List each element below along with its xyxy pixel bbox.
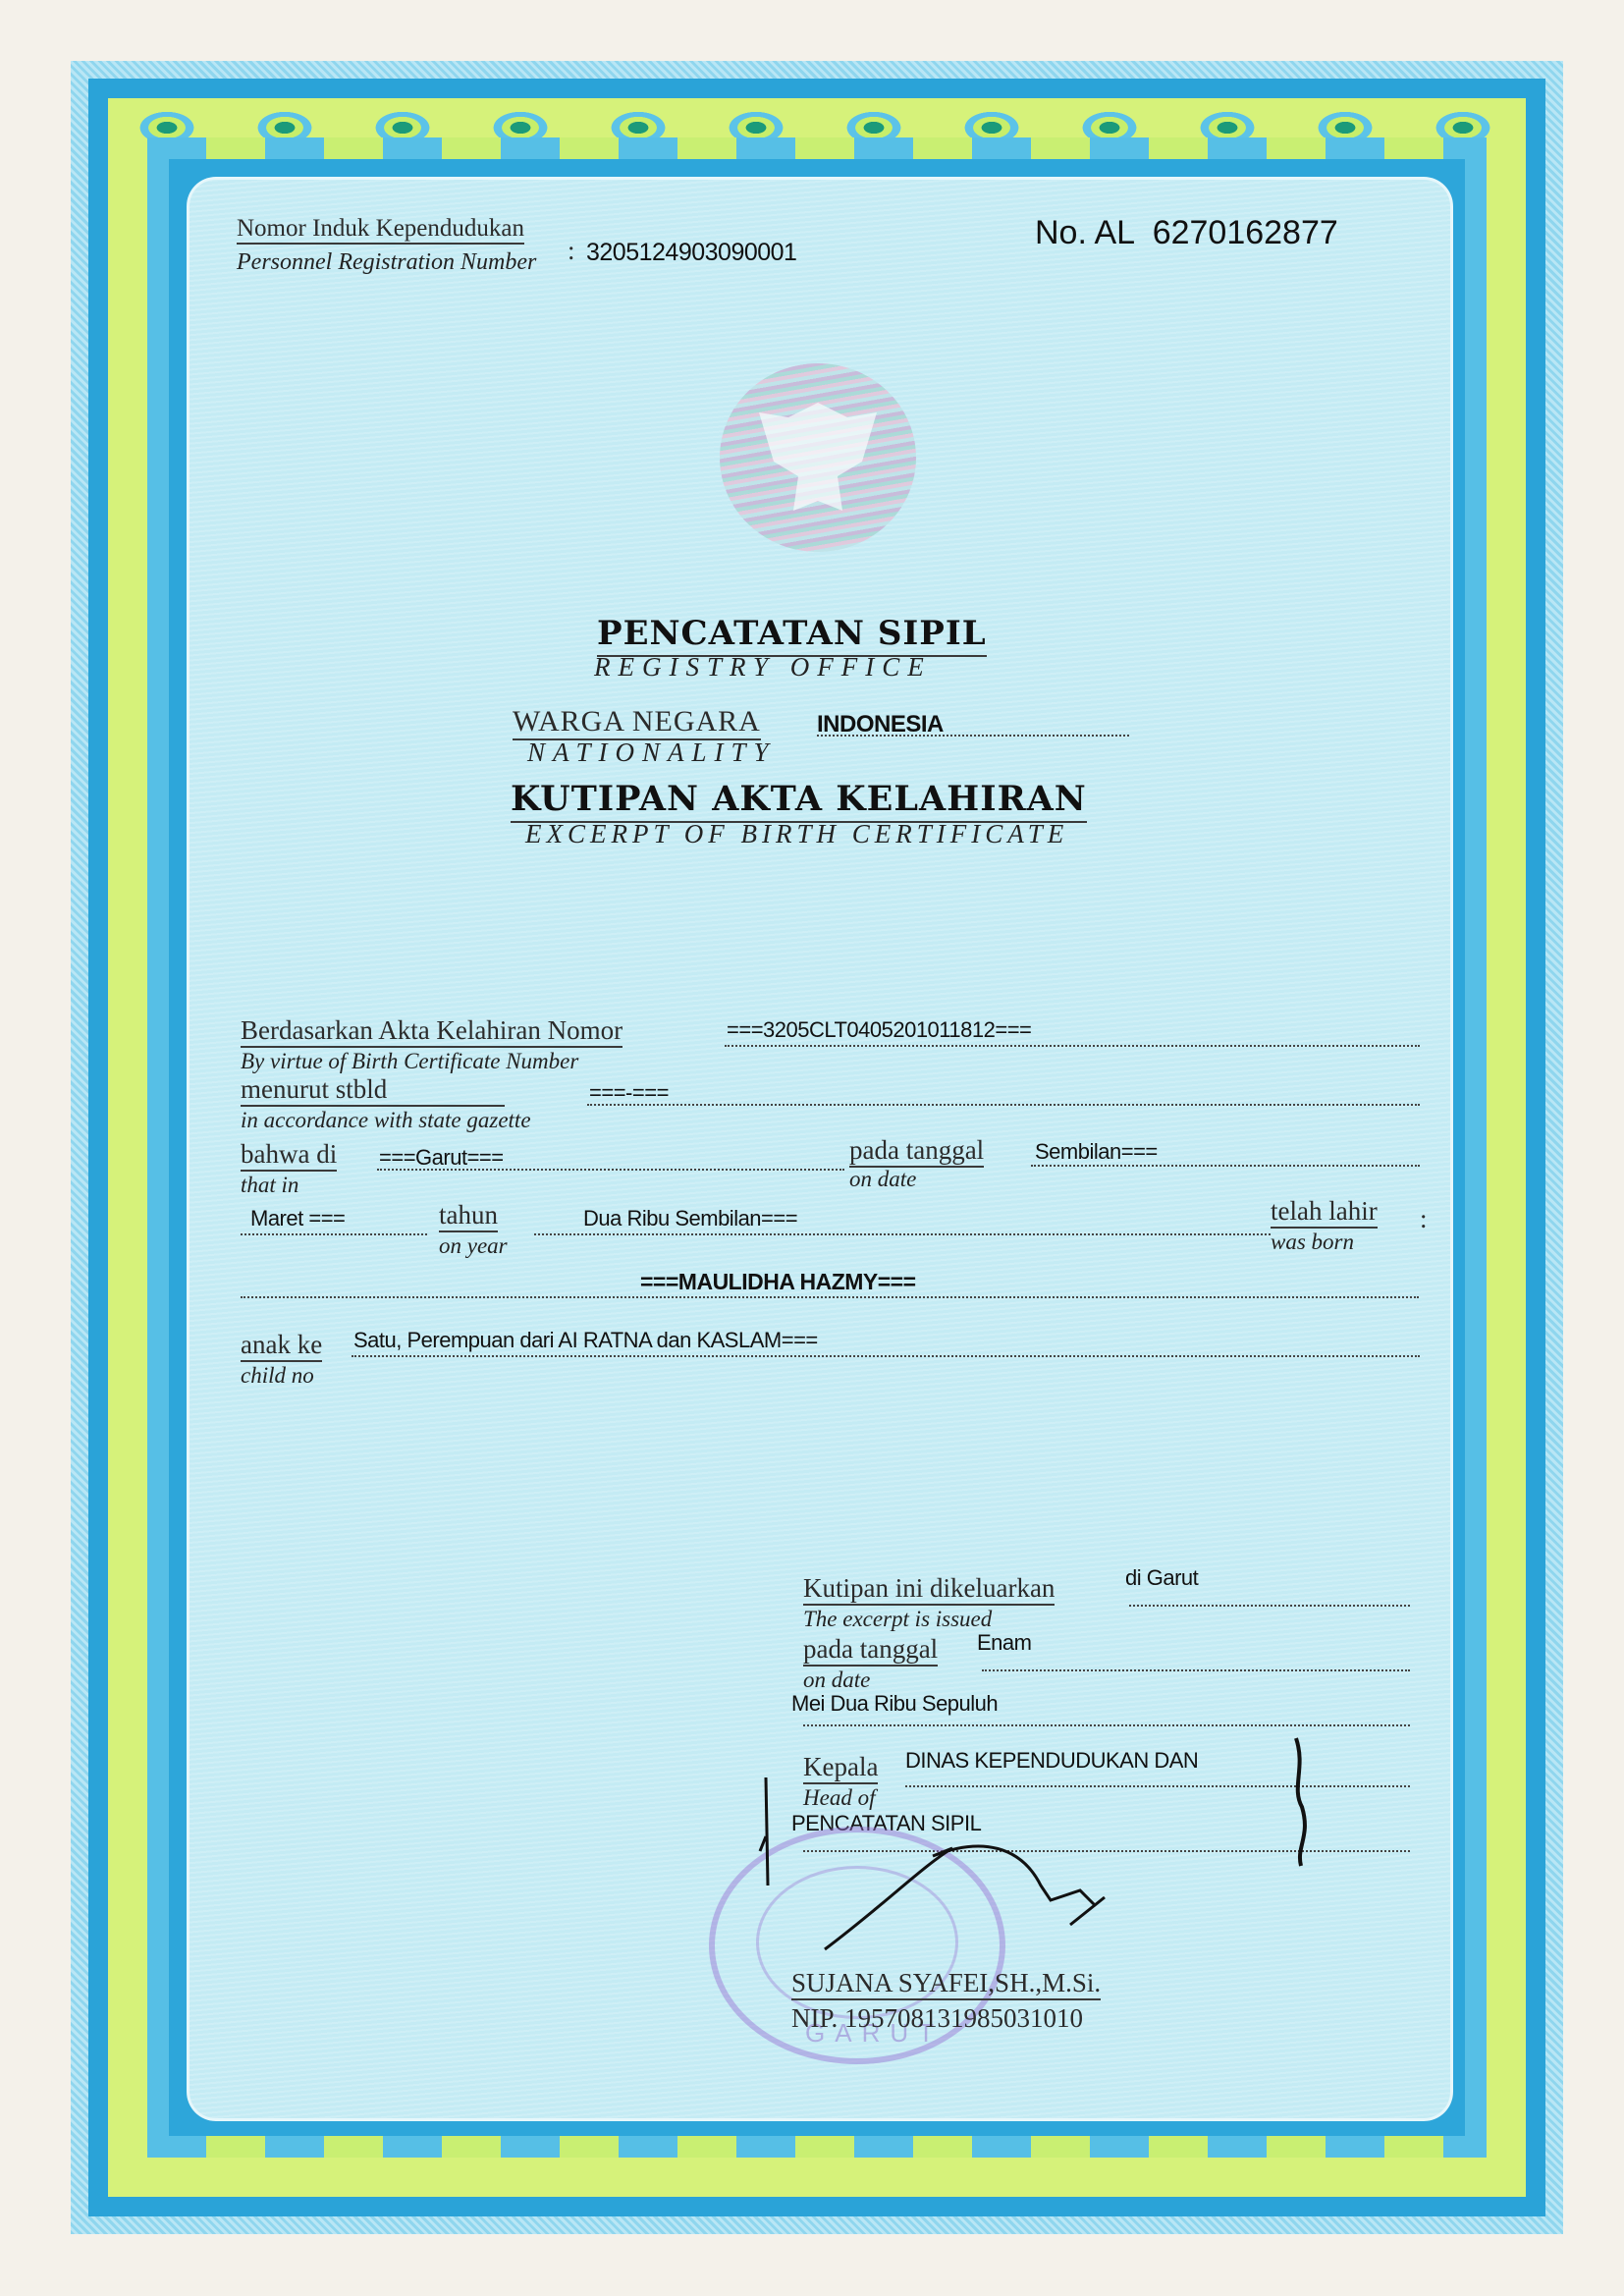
place-label-en: that in xyxy=(241,1173,298,1198)
office-title-en: REGISTRY OFFICE xyxy=(594,652,932,683)
nationality-dotted-line xyxy=(817,735,1129,737)
birth-cert-label-en: By virtue of Birth Certificate Number xyxy=(241,1049,578,1074)
born-colon: : xyxy=(1420,1204,1428,1234)
date-label: pada tanggal xyxy=(849,1135,984,1168)
issued-place-dotted-line xyxy=(1129,1605,1410,1607)
issued-label-en: The excerpt is issued xyxy=(803,1607,992,1632)
garuda-emblem-icon xyxy=(720,363,916,552)
issued-label: Kutipan ini dikeluarkan xyxy=(803,1573,1055,1606)
year-label-en: on year xyxy=(439,1233,508,1259)
issued-date-label-en: on date xyxy=(803,1667,870,1693)
date-dotted-line xyxy=(1031,1165,1420,1167)
issued-date-label: pada tanggal xyxy=(803,1634,938,1667)
child-name: ===MAULIDHA HAZMY=== xyxy=(640,1269,916,1295)
issued-date-cont-dotted-line xyxy=(803,1724,1410,1726)
child-name-dotted-line xyxy=(241,1296,1419,1298)
nik-colon: : xyxy=(568,236,575,266)
year-dotted-line xyxy=(534,1233,1271,1235)
birth-cert-value: ===3205CLT0405201011812=== xyxy=(727,1017,1031,1043)
place-dotted-line xyxy=(377,1169,844,1171)
stbld-label-en: in accordance with state gazette xyxy=(241,1108,531,1133)
stbld-value: ===-=== xyxy=(589,1080,669,1106)
stbld-label: menurut stbld xyxy=(241,1074,505,1107)
nik-value: 3205124903090001 xyxy=(586,239,796,267)
born-label: telah lahir xyxy=(1271,1196,1378,1229)
child-no-label: anak ke xyxy=(241,1330,322,1362)
month-dotted-line xyxy=(241,1233,427,1235)
nik-label: Nomor Induk Kependudukan xyxy=(237,215,524,245)
nationality-label: WARGA NEGARA xyxy=(513,705,761,740)
place-label: bahwa di xyxy=(241,1139,337,1172)
document-title-en: EXCERPT OF BIRTH CERTIFICATE xyxy=(525,819,1068,849)
official-nip: NIP. 195708131985031010 xyxy=(791,2003,1083,2034)
issued-date-dotted-line xyxy=(982,1669,1410,1671)
document-title: KUTIPAN AKTA KELAHIRAN xyxy=(511,779,1087,823)
child-no-value: Satu, Perempuan dari AI RATNA dan KASLAM… xyxy=(353,1328,818,1353)
issued-date-value: Enam xyxy=(977,1630,1031,1656)
child-no-label-en: child no xyxy=(241,1363,314,1389)
signature-mark xyxy=(746,1728,1434,2003)
child-no-dotted-line xyxy=(352,1355,1420,1357)
place-value: ===Garut=== xyxy=(379,1145,504,1171)
date-value: Sembilan=== xyxy=(1035,1139,1158,1165)
serial-number: No. AL 6270162877 xyxy=(1035,214,1338,252)
office-title: PENCATATAN SIPIL xyxy=(597,614,987,657)
month-value: Maret === xyxy=(250,1206,345,1231)
born-label-en: was born xyxy=(1271,1230,1354,1255)
nationality-label-en: NATIONALITY xyxy=(527,738,777,768)
stbld-dotted-line xyxy=(587,1104,1420,1106)
official-name: SUJANA SYAFEI,SH.,M.Si. xyxy=(791,1968,1101,2000)
birth-cert-dotted-line xyxy=(725,1045,1420,1047)
nik-sublabel: Personnel Registration Number xyxy=(237,249,536,276)
birth-cert-label: Berdasarkan Akta Kelahiran Nomor xyxy=(241,1015,623,1048)
year-value: Dua Ribu Sembilan=== xyxy=(583,1206,797,1231)
date-label-en: on date xyxy=(849,1167,916,1192)
issued-place: di Garut xyxy=(1125,1565,1198,1591)
year-label: tahun xyxy=(439,1200,498,1232)
issued-date-value-cont: Mei Dua Ribu Sepuluh xyxy=(791,1691,998,1717)
